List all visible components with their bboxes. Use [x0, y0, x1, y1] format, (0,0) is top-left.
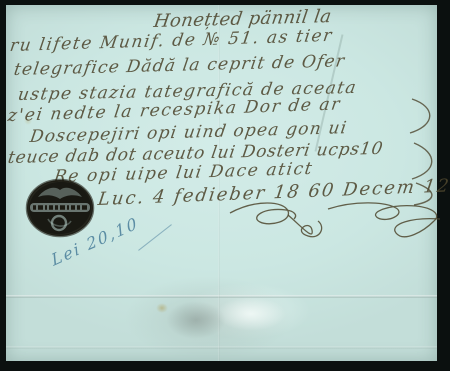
signature-flourish — [228, 197, 443, 252]
letter-sheet: Honețted pännil la ru lifete Munif. de №… — [6, 5, 437, 361]
fold-crease-horizontal — [6, 295, 437, 298]
handwriting-line: telegrafice Dădă la ceprit de Ofer — [12, 51, 346, 80]
handwriting-line: ru lifete Munif. de № 51. as tier — [9, 26, 335, 56]
scuff-mark — [216, 297, 286, 331]
line-end-flourish — [404, 95, 446, 205]
foxing-spot — [156, 303, 168, 313]
fold-crease-horizontal-lower — [6, 346, 437, 349]
pencil-stroke — [138, 224, 172, 251]
smudge-stain — [166, 301, 226, 339]
document-photo: Honețted pännil la ru lifete Munif. de №… — [0, 0, 450, 371]
black-oval-postal-seal — [24, 177, 96, 239]
